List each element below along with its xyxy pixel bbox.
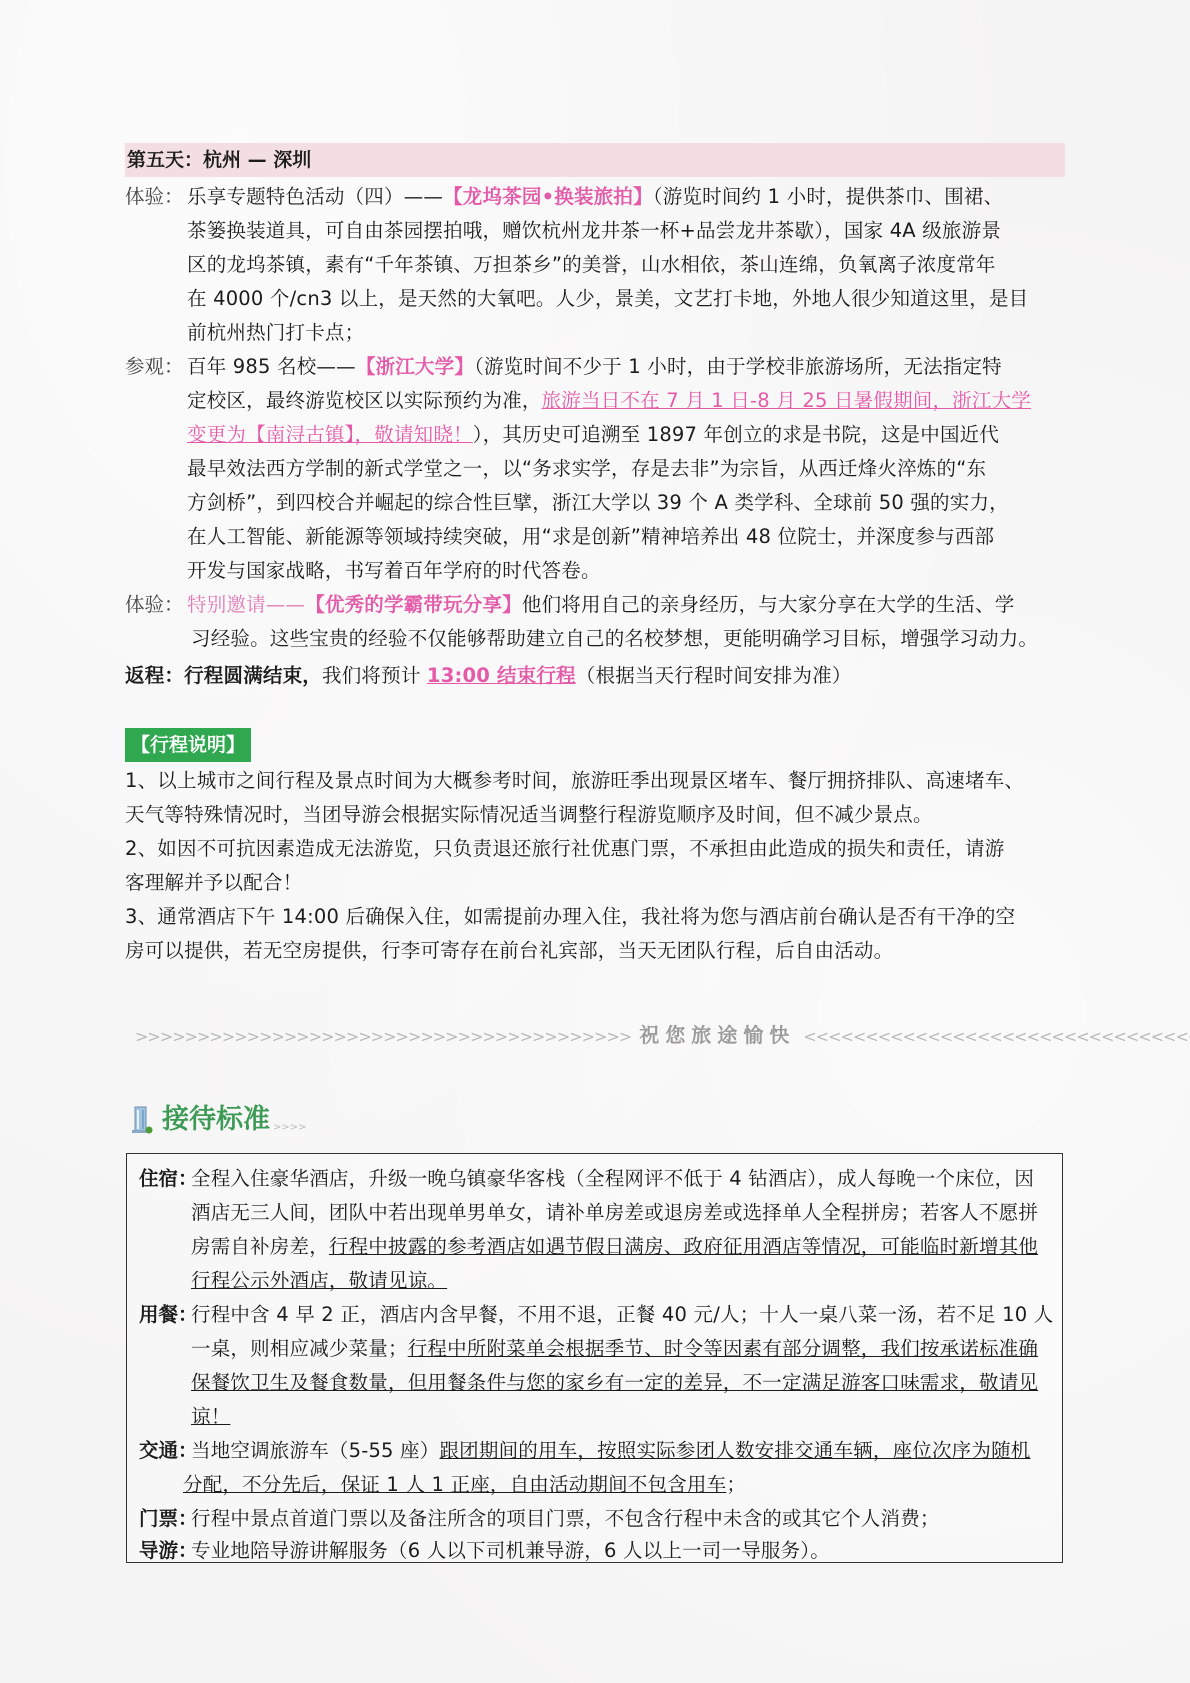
return-block: 返程：行程圆满结束，我们将预计 13:00 结束行程（根据当天行程时间安排为准） [125, 659, 1065, 693]
divider-arrows-left: >>>>>>>>>>>>>>>>>>>>>>>>>>>>>>>>>>>>>>>> [135, 1027, 631, 1046]
visit-line-1: 百年 985 名校——【浙江大学】（游览时间不少于 1 小时，由于学校非旅游场所… [187, 350, 1067, 384]
note-line: 房可以提供，若无空房提供，行李可寄存在前台礼宾部，当天无团队行程，后自由活动。 [125, 934, 1065, 968]
divider-arrows-right: <<<<<<<<<<<<<<<<<<<<<<<<<<<<<<<<<<<<<<<< [803, 1027, 1190, 1046]
summer-notice: 旅游当日不在 7 月 1 日-8 月 25 日暑假期间，浙江大学 [542, 389, 1031, 412]
heading-arrows: >>>> [273, 1122, 307, 1133]
visit-line-7: 开发与国家战略，书写着百年学府的时代答卷。 [187, 554, 1067, 588]
highlight-zhejiang-university: 【浙江大学】 [356, 355, 474, 378]
visit-line-5: 方剑桥”，到四校合并崛起的综合性巨擘，浙江大学以 39 个 A 类学科、全球前 … [187, 486, 1067, 520]
document-page: 第五天：杭州 — 深圳 体验： 乐享专题特色活动（四）——【龙坞茶园•换装旅拍】… [0, 0, 1190, 1683]
experience-1-line-5: 前杭州热门打卡点； [187, 316, 1067, 350]
visit-line-6: 在人工智能、新能源等领域持续突破，用“求是创新”精神培养出 48 位院士，并深度… [187, 520, 1067, 554]
visit-line-3: 变更为【南浔古镇】，敬请知晓！），其历史可追溯至 1897 年创立的求是书院，这… [187, 418, 1067, 452]
itinerary-notes-tag: 【行程说明】 [125, 728, 251, 762]
experience-1-line-4: 在 4000 个/cn3 以上，是天然的大氧吧。人少，景美，文艺打卡地，外地人很… [187, 282, 1067, 316]
nanxun-notice: 变更为【南浔古镇】，敬请知晓！ [187, 423, 473, 446]
visit-line-4: 最早效法西方学制的新式学堂之一，以“务求实学，存是去非”为宗旨，从西迁烽火淬炼的… [187, 452, 1067, 486]
standards-heading: 接待标准 >>>> [130, 1100, 307, 1140]
note-line: 客理解并予以配合！ [125, 866, 1065, 900]
visit-line-2: 定校区，最终游览校区以实际预约为准，旅游当日不在 7 月 1 日-8 月 25 … [187, 384, 1067, 418]
day-title: 第五天：杭州 — 深圳 [125, 143, 1065, 177]
highlight-longwu-tea-garden: 【龙坞茶园•换装旅拍】 [443, 185, 653, 208]
bon-voyage-divider: >>>>>>>>>>>>>>>>>>>>>>>>>>>>>>>>>>>>>>>>… [135, 1020, 1055, 1050]
bon-voyage-text: 祝您旅途愉快 [639, 1023, 795, 1047]
experience-1-line-1: 乐享专题特色活动（四）——【龙坞茶园•换装旅拍】（游览时间约 1 小时，提供茶巾… [187, 180, 1067, 214]
experience-2-line-1: 特别邀请——【优秀的学霸带玩分享】他们将用自己的亲身经历，与大家分享在大学的生活… [187, 588, 1067, 622]
experience-label: 体验： [125, 588, 184, 622]
note-line: 3、通常酒店下午 14:00 后确保入住，如需提前办理入住，我社将为您与酒店前台… [125, 900, 1065, 934]
experience-1-line-2: 茶篓换装道具，可自由茶园摆拍哦，赠饮杭州龙井茶一杯+品尝龙井茶歇），国家 4A … [187, 214, 1067, 248]
itinerary-notes: 1、以上城市之间行程及景点时间为大概参考时间，旅游旺季出现景区堵车、餐厅拥挤排队… [125, 764, 1065, 968]
experience-1-line-3: 区的龙坞茶镇，素有“千年茶镇、万担茶乡”的美誉，山水相依，茶山连绵，负氧离子浓度… [187, 248, 1067, 282]
highlight-top-student-sharing: 【优秀的学霸带玩分享】 [305, 593, 522, 616]
standards-box: 住宿： 全程入住豪华酒店，升级一晚乌镇豪华客栈（全程网评不低于 4 钻酒店），成… [126, 1153, 1063, 1563]
building-icon [130, 1105, 154, 1135]
note-line: 1、以上城市之间行程及景点时间为大概参考时间，旅游旺季出现景区堵车、餐厅拥挤排队… [125, 764, 1065, 798]
note-line: 2、如因不可抗因素造成无法游览，只负责退还旅行社优惠门票，不承担由此造成的损失和… [125, 832, 1065, 866]
experience-label: 体验： [125, 180, 184, 214]
visit-label: 参观： [125, 350, 184, 384]
note-line: 天气等特殊情况时，当团导游会根据实际情况适当调整行程游览顺序及时间，但不减少景点… [125, 798, 1065, 832]
standards-title: 接待标准 [162, 1100, 270, 1140]
experience-2-line-2: 习经验。这些宝贵的经验不仅能够帮助建立自己的名校梦想，更能明确学习目标，增强学习… [187, 622, 1067, 656]
return-label: 返程： [125, 664, 184, 687]
end-time-highlight: 13:00 结束行程 [427, 664, 576, 687]
